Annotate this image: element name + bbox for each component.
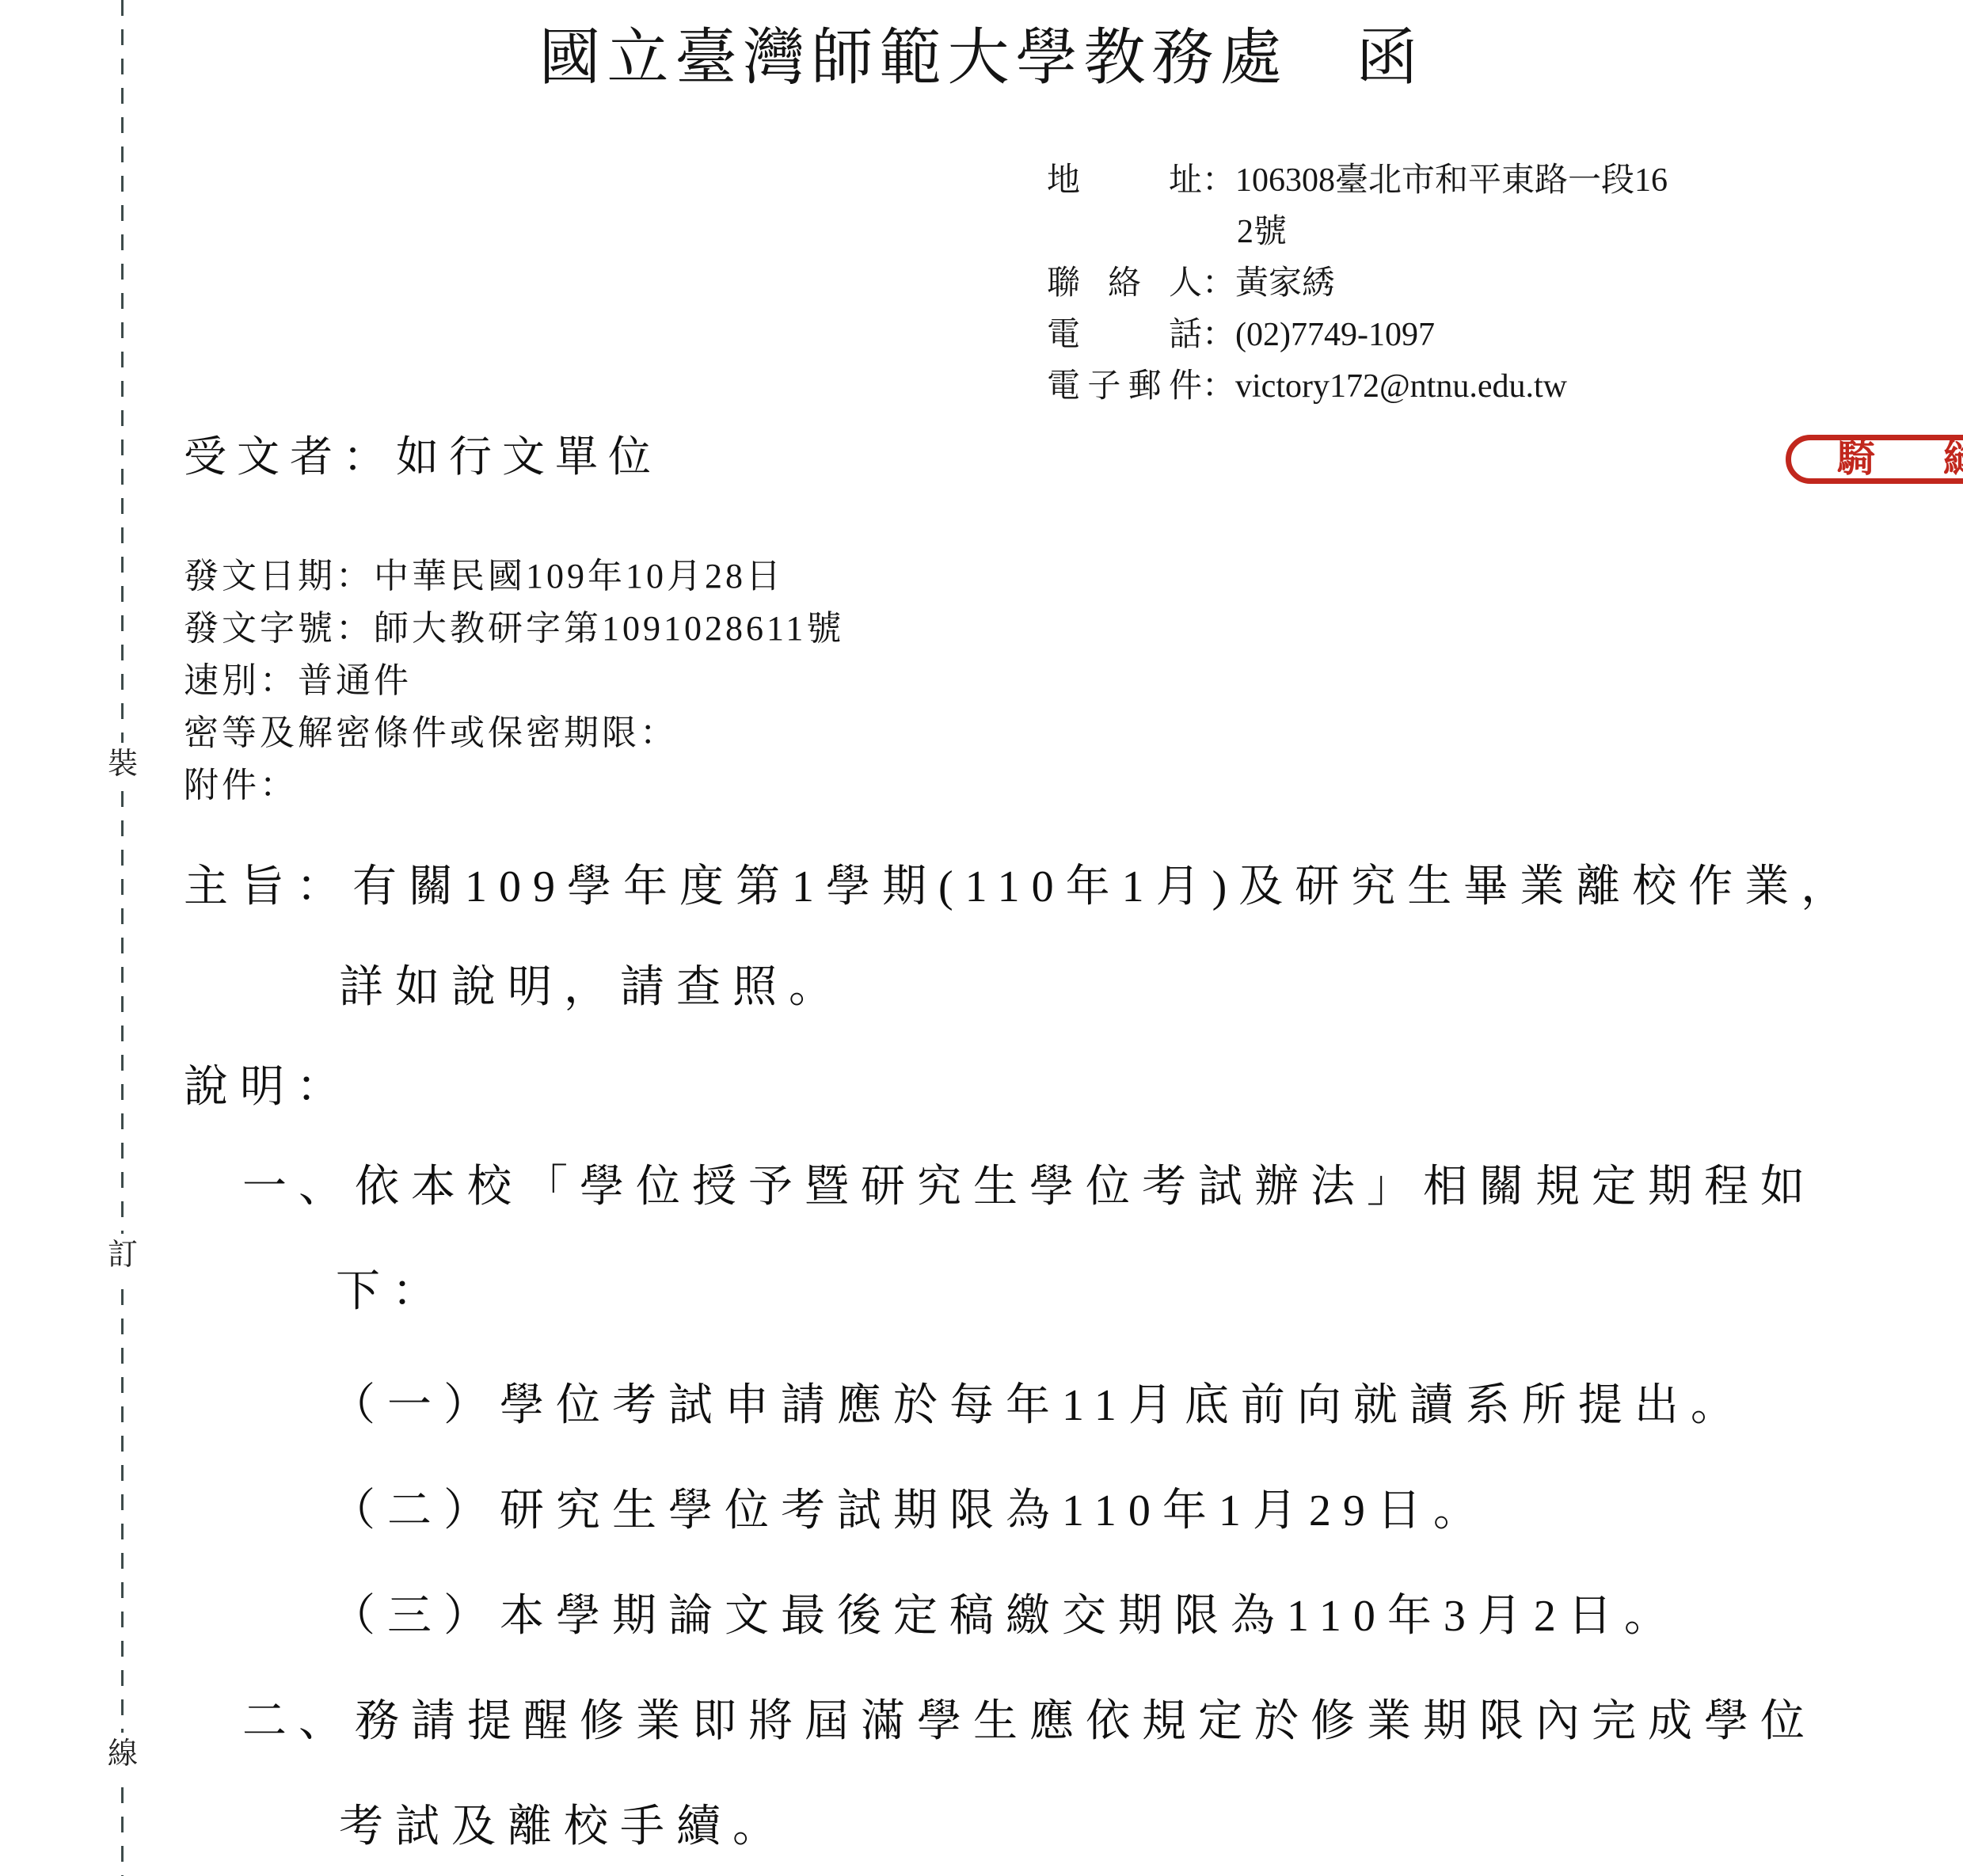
meta-speed-class: 速別：普通件: [184, 655, 844, 707]
seam-stamp-char-right: 縫: [1943, 440, 1963, 478]
sub-item-1: （一）學位考試申請應於每年11月底前向就讀系所提出。: [331, 1378, 1747, 1433]
email-line: 電子郵件：victory172@ntnu.edu.tw: [1047, 361, 1668, 413]
binding-mark-zhuang: 裝: [106, 743, 139, 786]
subject-line-2: 詳如說明，請查照。: [339, 960, 845, 1015]
contact-value: 黃家綉: [1235, 258, 1335, 310]
meta-security-class: 密等及解密條件或保密期限：: [184, 707, 844, 759]
item2-line-2: 考試及離校手續。: [339, 1799, 789, 1855]
meta-attachment: 附件：: [184, 759, 844, 812]
address-label: 地址: [1047, 155, 1202, 207]
address-value-wrap: 2號: [1237, 207, 1668, 258]
email-label: 電子郵件: [1047, 361, 1202, 413]
contact-label: 聯絡人: [1047, 258, 1202, 310]
meta-issue-number: 發文字號：師大教研字第1091028611號: [184, 603, 844, 655]
contact-line: 聯絡人：黃家綉: [1047, 258, 1668, 310]
binding-dashed-line: [121, 0, 124, 1876]
phone-line: 電話：(02)7749-1097: [1047, 310, 1668, 361]
email-value: victory172@ntnu.edu.tw: [1235, 361, 1567, 413]
recipient-line: 受文者：如行文單位: [184, 432, 661, 483]
meta-issue-date: 發文日期：中華民國109年10月28日: [184, 550, 844, 603]
seam-stamp: 騎 縫: [1786, 435, 1963, 484]
binding-mark-xian: 線: [106, 1733, 139, 1775]
explanation-label: 說明：: [184, 1060, 352, 1115]
phone-colon: ：: [1202, 310, 1235, 361]
sender-info-block: 地址：106308臺北市和平東路一段16 2號 聯絡人：黃家綉 電話：(02)7…: [1047, 155, 1668, 413]
contact-colon: ：: [1202, 258, 1235, 310]
item1-line-2: 下：: [336, 1264, 448, 1319]
phone-value: (02)7749-1097: [1235, 310, 1435, 361]
item1-line-1: 一、依本校「學位授予暨研究生學位考試辦法」相關規定期程如: [242, 1159, 1817, 1215]
subject-line-1: 主旨：有關109學年度第1學期(110年1月)及研究生畢業離校作業，: [184, 859, 1857, 915]
phone-label: 電話: [1047, 310, 1202, 361]
sub-item-3: （三）本學期論文最後定稿繳交期限為110年3月2日。: [331, 1589, 1680, 1644]
address-line: 地址：106308臺北市和平東路一段16: [1047, 155, 1668, 207]
address-value: 106308臺北市和平東路一段16: [1235, 155, 1668, 207]
email-colon: ：: [1202, 361, 1235, 413]
item2-line-1: 二、務請提醒修業即將屆滿學生應依規定於修業期限內完成學位: [242, 1694, 1817, 1749]
sub-item-2: （二）研究生學位考試期限為110年1月29日。: [331, 1483, 1489, 1539]
dispatch-meta-block: 發文日期：中華民國109年10月28日 發文字號：師大教研字第109102861…: [184, 550, 844, 812]
binding-mark-ding: 訂: [106, 1234, 139, 1277]
document-title: 國立臺灣師範大學教務處 函: [0, 27, 1963, 89]
seam-stamp-char-left: 騎: [1837, 440, 1875, 478]
address-colon: ：: [1202, 155, 1235, 207]
